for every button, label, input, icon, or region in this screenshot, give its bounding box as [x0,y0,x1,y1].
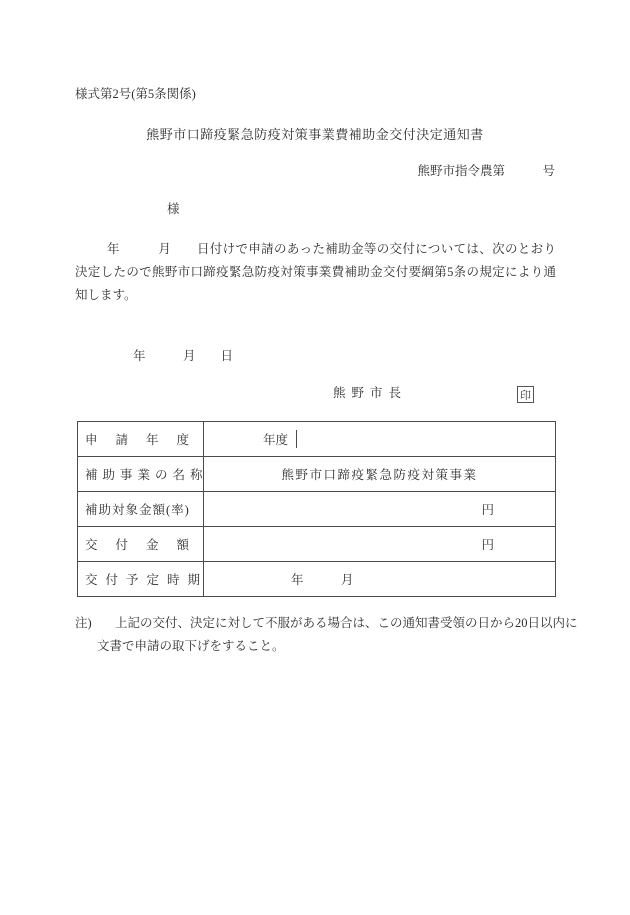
row-label: 交付予定時期 [78,562,204,596]
seal-placeholder: 印 [517,386,534,403]
row-label: 補助対象金額(率) [78,492,204,526]
row-label: 申請年度 [78,422,204,456]
table-row-project-name: 補助事業の名称 熊野市口蹄疫緊急防疫対策事業 [78,456,555,491]
table-row-grant-amount: 交付金額 円 [78,526,555,561]
table-row-scheduled-grant-date: 交付予定時期 年 月 [78,561,555,596]
signer-title: 熊野市長 [333,383,407,401]
amount-unit-yen: 円 [204,492,555,526]
footnote-label: 注) [75,612,92,635]
year-month-value: 年 月 [204,562,555,596]
row-value: 年度 [204,422,555,456]
table-row-subsidy-target-amount: 補助対象金額(率) 円 [78,491,555,526]
table-row-application-year: 申請年度 年度 [78,422,555,456]
body-paragraph: 年 月 日付けで申請のあった補助金等の交付については、次のとおり決定したので熊野… [75,238,556,307]
directive-number-line: 熊野市指令農第 号 [0,161,555,179]
row-label: 補助事業の名称 [78,457,204,491]
document-page: 様式第2号(第5条関係) 熊野市口蹄疫緊急防疫対策事業費補助金交付決定通知書 熊… [0,0,630,915]
document-title: 熊野市口蹄疫緊急防疫対策事業費補助金交付決定通知書 [0,124,630,143]
project-name-value: 熊野市口蹄疫緊急防疫対策事業 [204,457,555,491]
grant-decision-table: 申請年度 年度 補助事業の名称 熊野市口蹄疫緊急防疫対策事業 補助対象金額(率)… [77,421,556,597]
fiscal-year-prefix: 年度 [204,430,297,448]
row-label: 交付金額 [78,527,204,561]
footnote: 注) 上記の交付、決定に対して不服がある場合は、この通知書受領の日から20日以内… [75,612,567,658]
issue-date-line: 年 月 日 [133,346,233,364]
amount-unit-yen: 円 [204,527,555,561]
addressee-suffix: 様 [167,199,180,217]
form-number: 様式第2号(第5条関係) [75,84,196,102]
footnote-line2: 文書で申請の取下げをすること。 [97,635,567,658]
footnote-line1: 上記の交付、決定に対して不服がある場合は、この通知書受領の日から20日以内に [115,612,567,635]
